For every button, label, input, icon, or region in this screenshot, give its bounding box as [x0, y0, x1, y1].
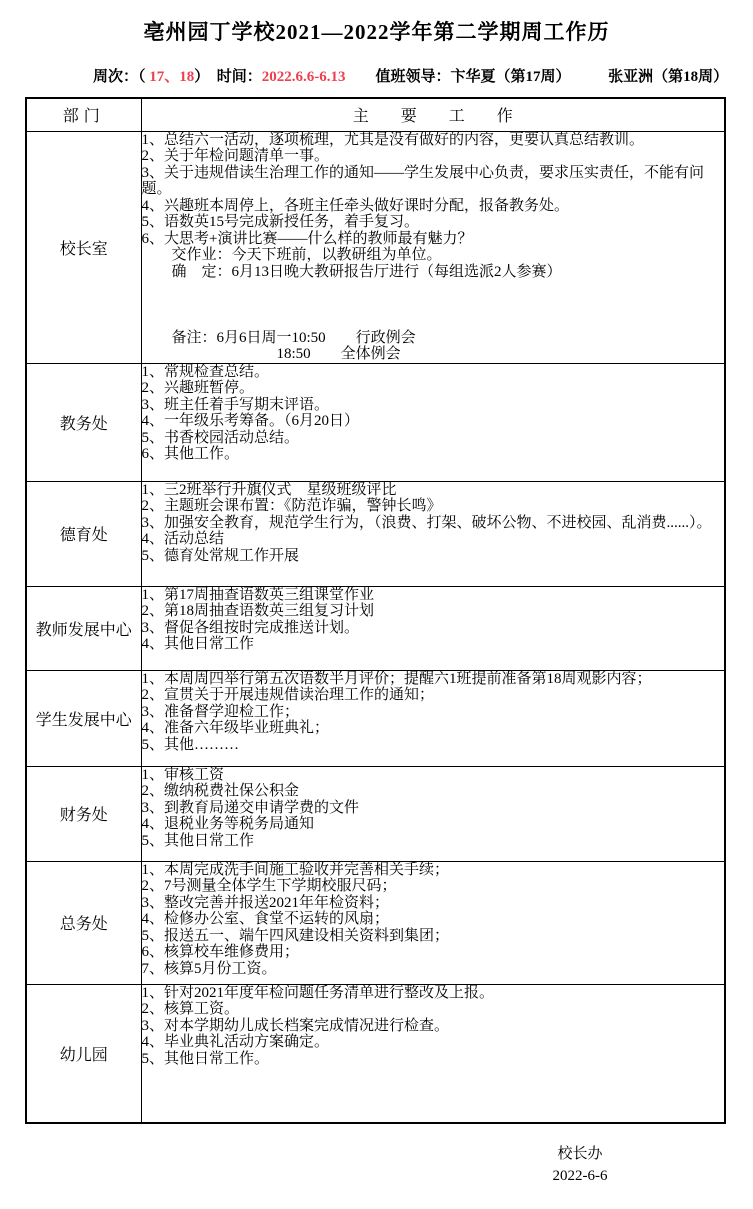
task-line: 3、对本学期幼儿成长档案完成情况进行检查。 [142, 1018, 725, 1035]
dept-cell: 财务处 [26, 766, 141, 861]
table-row: 幼儿园 1、针对2021年度年检问题任务清单进行整改及上报。2、核算工资。3、对… [26, 984, 725, 1123]
table-row: 德育处 1、三2班举行升旗仪式 星级班级评比2、主题班会课布置：《防范诈骗，警钟… [26, 481, 725, 586]
task-line: 5、其他日常工作。 [142, 1051, 725, 1068]
task-line: 1、总结六一活动，逐项梳理，尤其是没有做好的内容，更要认真总结教训。 [142, 132, 725, 149]
task-line: 3、整改完善并报送2021年年检资料； [142, 895, 725, 912]
task-line: 备注：6月6日周一10:50 行政例会 [142, 330, 725, 347]
task-line: 6、大思考+演讲比赛——什么样的教师最有魅力？ [142, 231, 725, 248]
task-line: 4、毕业典礼活动方案确定。 [142, 1034, 725, 1051]
task-line: 3、到教育局递交申请学费的文件 [142, 800, 725, 817]
tasks-cell: 1、本周完成洗手间施工验收并完善相关手续；2、7号测量全体学生下学期校服尺码；3… [141, 861, 725, 984]
task-line: 3、班主任着手写期末评语。 [142, 397, 725, 414]
meta-line: 周次：（ 17、18） 时间：2022.6.6-6.13 值班领导：卞华夏（第1… [93, 65, 728, 86]
table-row: 教师发展中心 1、第17周抽查语数英三组课堂作业2、第18周抽查语数英三组复习计… [26, 586, 725, 670]
dept-cell: 教师发展中心 [26, 586, 141, 670]
task-line: 2、7号测量全体学生下学期校服尺码； [142, 878, 725, 895]
dept-cell: 校长室 [26, 131, 141, 363]
task-line: 1、三2班举行升旗仪式 星级班级评比 [142, 482, 725, 499]
task-line: 2、主题班会课布置：《防范诈骗，警钟长鸣》 [142, 498, 725, 515]
task-line: 3、督促各组按时完成推送计划。 [142, 620, 725, 637]
task-line: 6、其他工作。 [142, 446, 725, 463]
task-line: 4、活动总结 [142, 531, 725, 548]
table-row: 教务处 1、常规检查总结。2、兴趣班暂停。3、班主任着手写期末评语。4、一年级乐… [26, 363, 725, 481]
task-line: 4、退税业务等税务局通知 [142, 816, 725, 833]
task-line: 1、审核工资 [142, 767, 725, 784]
tasks-cell: 1、第17周抽查语数英三组课堂作业2、第18周抽查语数英三组复习计划3、督促各组… [141, 586, 725, 670]
task-line: 4、其他日常工作 [142, 636, 725, 653]
header-row: 部门 主 要 工 作 [26, 98, 725, 131]
meta-duty-leader-week18: 张亚洲（第18周） [563, 69, 728, 85]
tasks-cell: 1、针对2021年度年检问题任务清单进行整改及上报。2、核算工资。3、对本学期幼… [141, 984, 725, 1123]
task-line: 5、书香校园活动总结。 [142, 430, 725, 447]
dept-cell: 学生发展中心 [26, 670, 141, 766]
table-row: 学生发展中心 1、本周周四举行第五次语数半月评价；提醒六1班提前准备第18周观影… [26, 670, 725, 766]
task-line: 1、常规检查总结。 [142, 364, 725, 381]
footer-date: 2022-6-6 [470, 1165, 690, 1187]
task-line: 3、加强安全教育，规范学生行为，（浪费、打架、破坏公物、不进校园、乱消费....… [142, 515, 725, 532]
page-title: 亳州园丁学校2021—2022学年第二学期周工作历 [0, 16, 753, 46]
task-line: 2、宣贯关于开展违规借读治理工作的通知； [142, 687, 725, 704]
task-line: 18:50 全体例会 [142, 346, 725, 363]
table-row: 总务处 1、本周完成洗手间施工验收并完善相关手续；2、7号测量全体学生下学期校服… [26, 861, 725, 984]
meta-week-numbers: 17、18 [149, 69, 194, 85]
task-line: 5、其他日常工作 [142, 833, 725, 850]
header-dept: 部门 [26, 98, 141, 131]
task-line: 1、针对2021年度年检问题任务清单进行整改及上报。 [142, 985, 725, 1002]
meta-duty-leader-week17: 值班领导：卞华夏（第17周） [346, 69, 564, 85]
task-line: 3、准备督学迎检工作； [142, 704, 725, 721]
dept-cell: 德育处 [26, 481, 141, 586]
task-line: 2、缴纳税费社保公积金 [142, 783, 725, 800]
task-line: 4、准备六年级毕业班典礼； [142, 720, 725, 737]
task-line: 4、检修办公室、食堂不运转的风扇； [142, 911, 725, 928]
task-line: 2、核算工资。 [142, 1001, 725, 1018]
task-line: 5、语数英15号完成新授任务，着手复习。 [142, 214, 725, 231]
task-line: 1、本周完成洗手间施工验收并完善相关手续； [142, 862, 725, 879]
dept-cell: 教务处 [26, 363, 141, 481]
task-line: 1、本周周四举行第五次语数半月评价；提醒六1班提前准备第18周观影内容； [142, 671, 725, 688]
task-line: 5、报送五一、端午四风建设相关资料到集团； [142, 928, 725, 945]
task-line: 确 定：6月13日晚大教研报告厅进行（每组选派2人参赛） [142, 264, 725, 281]
task-line [142, 313, 725, 330]
task-line: 4、一年级乐考筹备。（6月20日） [142, 413, 725, 430]
task-line: 交作业：今天下班前，以教研组为单位。 [142, 247, 725, 264]
dept-cell: 总务处 [26, 861, 141, 984]
task-line: 2、关于年检问题清单一事。 [142, 148, 725, 165]
task-line: 4、兴趣班本周停上，各班主任牵头做好课时分配，报备教务处。 [142, 198, 725, 215]
task-line: 6、核算校车维修费用； [142, 944, 725, 961]
task-line: 2、第18周抽查语数英三组复习计划 [142, 603, 725, 620]
task-line [142, 297, 725, 314]
task-line [142, 280, 725, 297]
task-line: 7、核算5月份工资。 [142, 961, 725, 978]
footer-office: 校长办 [470, 1143, 690, 1165]
tasks-cell: 1、总结六一活动，逐项梳理，尤其是没有做好的内容，更要认真总结教训。2、关于年检… [141, 131, 725, 363]
table-row: 校长室 1、总结六一活动，逐项梳理，尤其是没有做好的内容，更要认真总结教训。2、… [26, 131, 725, 363]
task-line: 2、兴趣班暂停。 [142, 380, 725, 397]
tasks-cell: 1、常规检查总结。2、兴趣班暂停。3、班主任着手写期末评语。4、一年级乐考筹备。… [141, 363, 725, 481]
document-page: 亳州园丁学校2021—2022学年第二学期周工作历 周次：（ 17、18） 时间… [0, 0, 753, 1209]
task-line: 5、其他……… [142, 737, 725, 754]
header-main-work: 主 要 工 作 [141, 98, 725, 131]
footer: 校长办 2022-6-6 [470, 1143, 690, 1187]
tasks-cell: 1、本周周四举行第五次语数半月评价；提醒六1班提前准备第18周观影内容；2、宣贯… [141, 670, 725, 766]
task-line: 3、关于违规借读生治理工作的通知——学生发展中心负责，要求压实责任，不能有问题。 [142, 165, 725, 198]
tasks-cell: 1、三2班举行升旗仪式 星级班级评比2、主题班会课布置：《防范诈骗，警钟长鸣》3… [141, 481, 725, 586]
meta-week-label: 周次：（ [93, 69, 149, 85]
table-row: 财务处 1、审核工资2、缴纳税费社保公积金3、到教育局递交申请学费的文件4、退税… [26, 766, 725, 861]
task-line: 1、第17周抽查语数英三组课堂作业 [142, 587, 725, 604]
meta-time-label: ） 时间： [194, 69, 262, 85]
task-line: 5、德育处常规工作开展 [142, 548, 725, 565]
work-table: 部门 主 要 工 作 校长室 1、总结六一活动，逐项梳理，尤其是没有做好的内容，… [25, 97, 726, 1124]
meta-time-value: 2022.6.6-6.13 [262, 69, 346, 85]
tasks-cell: 1、审核工资2、缴纳税费社保公积金3、到教育局递交申请学费的文件4、退税业务等税… [141, 766, 725, 861]
dept-cell: 幼儿园 [26, 984, 141, 1123]
